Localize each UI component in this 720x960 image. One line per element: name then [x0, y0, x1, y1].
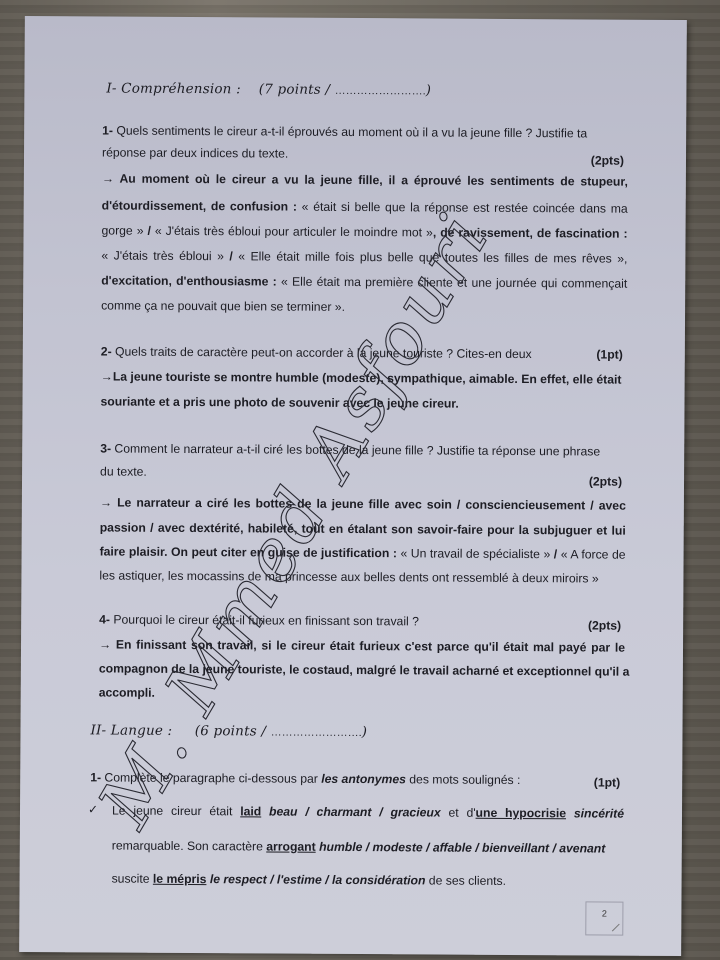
q4-answer-line-1: → En finissant son travail, si le cireur…	[99, 636, 625, 655]
quote-text: comme ça ne pouvait que bien se terminer…	[101, 298, 345, 313]
l1-paragraph-line-3: suscite le mépris le respect / l'estime …	[112, 871, 624, 890]
section-comprehension-title: I- Compréhension : (7 points / …………………….…	[106, 80, 431, 98]
answer-text: →La jeune touriste se montre humble (mod…	[101, 369, 622, 386]
q1-answer-line-1: → Au moment où le cireur a vu la jeune f…	[102, 170, 628, 189]
q1-question-line-1: 1- Quels sentiments le cireur a-t-il épr…	[102, 122, 628, 141]
q2-question-text: Quels traits de caractère peut-on accord…	[112, 345, 532, 362]
q1-points: (2pts)	[591, 153, 624, 167]
q4-answer-line-3: accompli.	[99, 684, 625, 703]
answer-text: passion / avec dextérité, habileté, tout…	[100, 520, 626, 537]
antonym-answer: humble / modeste / affable / bienveillan…	[316, 840, 606, 856]
q1-answer-line-6: comme ça ne pouvait que bien se terminer…	[101, 297, 627, 316]
antonym-answer: sincérité	[566, 806, 624, 820]
section-title-text: II- Langue :	[90, 722, 172, 738]
q4-number: 4-	[99, 612, 110, 626]
underlined-word: le mépris	[153, 872, 207, 886]
q3-answer-line-4: les astiquer, les mocassins de ma prince…	[99, 567, 625, 586]
section-points: (6 points /	[195, 723, 271, 739]
answer-text: d'étourdissement, de confusion :	[102, 198, 297, 213]
q4-question-text: Pourquoi le cireur était-il furieux en f…	[110, 613, 419, 629]
l1-paragraph-line-2: remarquable. Son caractère arrogant humb…	[112, 838, 624, 857]
paragraph-text: Le jeune cireur était	[112, 804, 240, 819]
l1-question: 1- Complète le paragraphe ci-dessous par…	[90, 769, 624, 788]
paragraph-text: de ses clients.	[425, 873, 506, 887]
q1-answer-line-5: d'excitation, d'enthousiasme : « Elle ét…	[101, 272, 627, 291]
q2-points: (1pt)	[596, 347, 622, 361]
q3-number: 3-	[100, 441, 111, 455]
q1-answer-line-2: d'étourdissement, de confusion : « était…	[102, 197, 628, 216]
exam-page: I- Compréhension : (7 points / …………………….…	[19, 16, 687, 956]
answer-text: souriante et a pris une photo de souveni…	[100, 394, 458, 410]
answer-text: → Au moment où le cireur a vu la jeune f…	[102, 171, 628, 188]
q2-question: 2- Quels traits de caractère peut-on acc…	[101, 343, 627, 362]
paren-close: )	[362, 724, 368, 740]
q3-question-text-2: du texte.	[100, 464, 147, 478]
q3-answer-line-3: faire plaisir. On peut citer en guise de…	[100, 543, 626, 562]
q1-question-text-2: réponse par deux indices du texte.	[102, 145, 288, 160]
q1-number: 1-	[102, 123, 113, 137]
q1-answer-line-4: « J'étais très ébloui » / « Elle était m…	[101, 247, 627, 266]
page-number: 2	[585, 901, 623, 935]
antonym-answer: le respect / l'estime / la considération	[206, 872, 425, 887]
q1-answer-line-3: gorge » / « J'étais très ébloui pour art…	[102, 222, 628, 241]
antonym-answer: beau / charmant / gracieux	[261, 804, 440, 819]
l1-question-emphasis: les antonymes	[321, 772, 406, 787]
quote-text: « était si belle que la réponse est rest…	[297, 200, 628, 216]
underlined-word: arrogant	[266, 839, 316, 853]
q3-answer-line-1: → Le narrateur a ciré les bottes de la j…	[100, 494, 626, 513]
quote-text: « J'étais très ébloui pour articuler le …	[151, 224, 433, 240]
q3-answer-line-2: passion / avec dextérité, habileté, tout…	[100, 519, 626, 538]
q2-answer-line-1: →La jeune touriste se montre humble (mod…	[101, 368, 627, 387]
quote-text: « A force de	[557, 547, 625, 561]
checkmark-icon: ✓	[88, 802, 98, 816]
q2-number: 2-	[101, 344, 112, 358]
answer-text: d'excitation, d'enthousiasme :	[101, 273, 277, 288]
l1-question-text-end: des mots soulignés :	[406, 772, 521, 787]
answer-text: , de ravissement, de fascination :	[433, 225, 628, 240]
quote-text: « J'étais très ébloui »	[101, 248, 229, 263]
l1-points: (1pt)	[594, 775, 620, 789]
q3-question-text: Comment le narrateur a-t-il ciré les bot…	[111, 442, 600, 459]
quote-text: « Un travail de spécialiste »	[397, 546, 554, 561]
paragraph-text: remarquable. Son caractère	[112, 839, 267, 854]
page-content: I- Compréhension : (7 points / …………………….…	[19, 16, 687, 956]
quote-text: gorge »	[102, 223, 148, 237]
section-title-text: I- Compréhension :	[106, 80, 241, 97]
q1-question-line-2: réponse par deux indices du texte.	[102, 144, 628, 163]
section-langue-title: II- Langue : (6 points / …………………….)	[90, 722, 367, 740]
paragraph-text: suscite	[112, 872, 153, 886]
l1-number: 1-	[90, 770, 101, 784]
quote-text: « Elle était mille fois plus belle que t…	[233, 249, 628, 265]
q2-answer-line-2: souriante et a pris une photo de souveni…	[100, 393, 626, 412]
underlined-word: une hypocrisie	[476, 806, 567, 821]
q4-points: (2pts)	[588, 618, 621, 632]
q4-question: 4- Pourquoi le cireur était-il furieux e…	[99, 611, 625, 630]
quote-text: « Elle était ma première cliente et une …	[277, 275, 628, 291]
answer-text: accompli.	[99, 685, 155, 699]
q3-points: (2pts)	[589, 474, 622, 488]
paren-close: )	[426, 82, 432, 98]
q3-question-line-1: 3- Comment le narrateur a-t-il ciré les …	[100, 440, 626, 459]
q1-question-text: Quels sentiments le cireur a-t-il éprouv…	[113, 124, 587, 141]
answer-text: faire plaisir. On peut citer en guise de…	[100, 544, 397, 560]
paragraph-text: et d'	[441, 806, 476, 820]
q3-question-line-2: du texte.	[100, 463, 626, 482]
answer-text: compagnon de la jeune touriste, le costa…	[99, 661, 630, 678]
l1-question-text: Complète le paragraphe ci-dessous par	[101, 770, 321, 785]
score-blank: …………………….	[271, 727, 362, 740]
score-blank: …………………….	[335, 85, 426, 98]
section-points: (7 points /	[259, 81, 335, 97]
answer-text: → En finissant son travail, si le cireur…	[99, 637, 625, 654]
quote-text: les astiquer, les mocassins de ma prince…	[99, 568, 598, 585]
l1-paragraph-line-1: Le jeune cireur était laid beau / charma…	[112, 803, 624, 822]
q4-answer-line-2: compagnon de la jeune touriste, le costa…	[99, 660, 625, 679]
underlined-word: laid	[240, 804, 261, 818]
answer-text: → Le narrateur a ciré les bottes de la j…	[100, 495, 626, 512]
